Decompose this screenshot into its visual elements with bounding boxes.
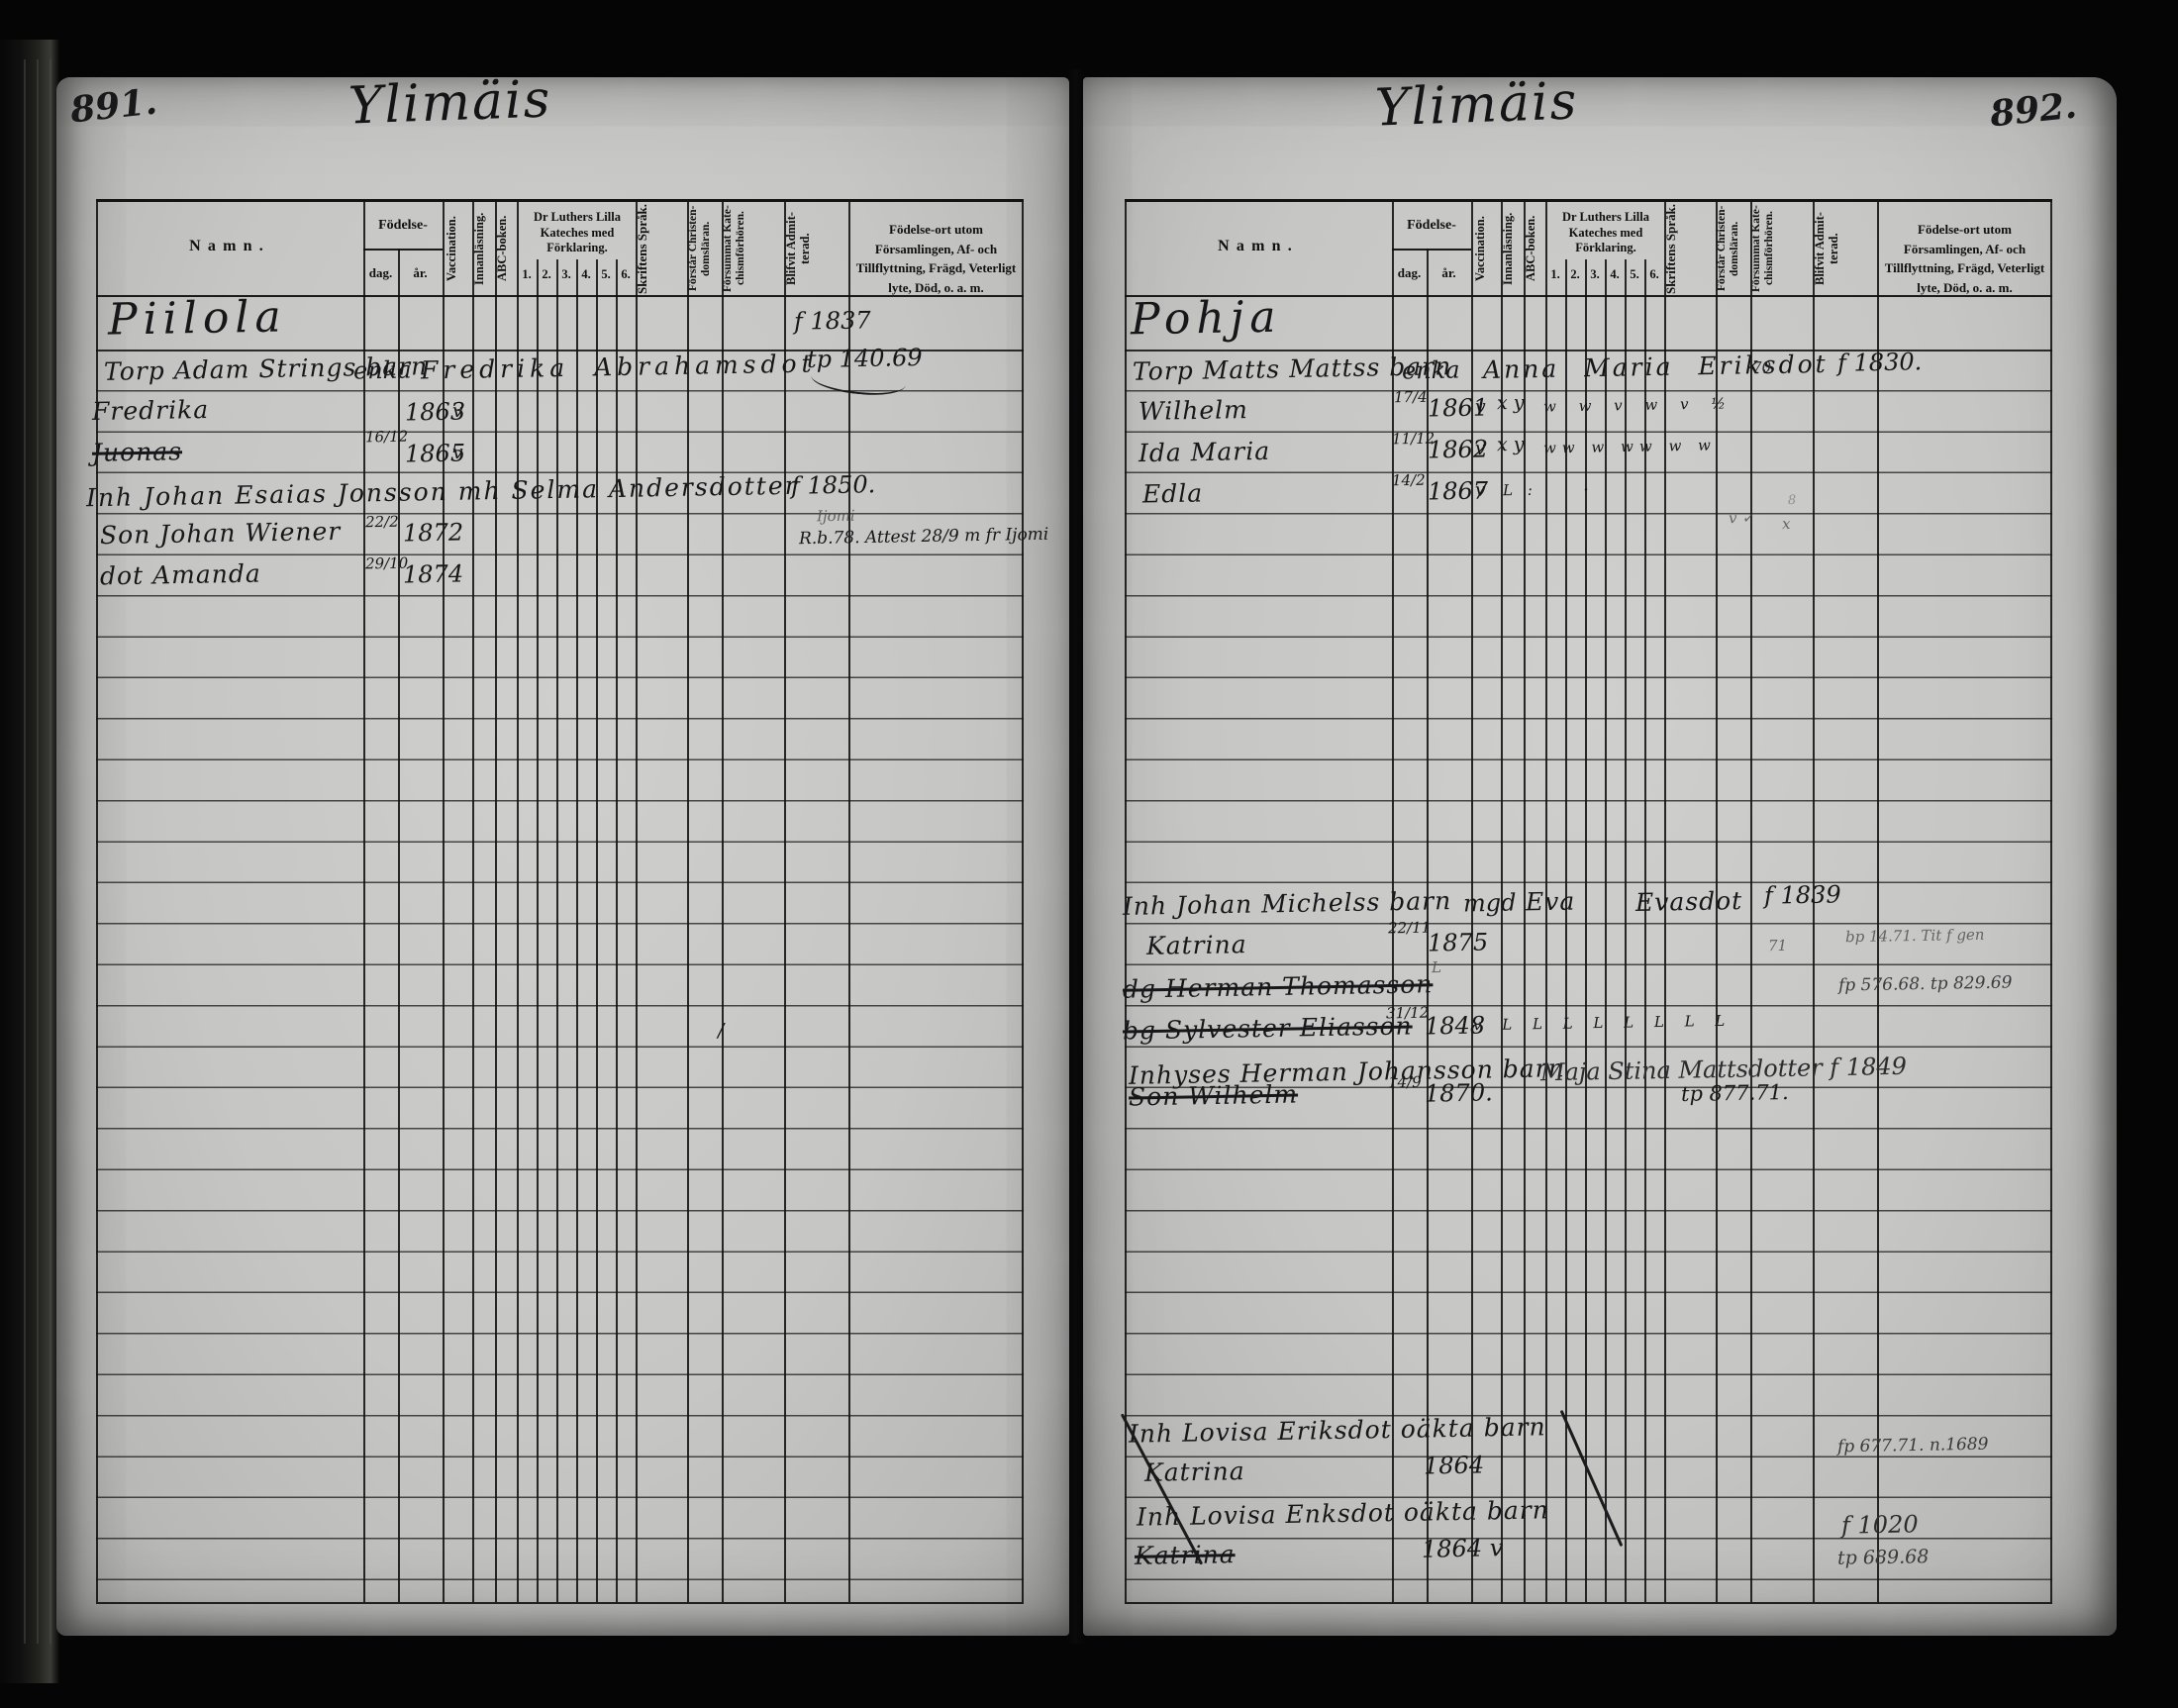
entry-name: Inh Johan Esaias Jonsson mh Selma Anders… <box>86 471 799 513</box>
note-born: f 1850. <box>791 470 876 499</box>
entry-name-struck: bg Sylvester Eliasson <box>1123 1011 1413 1045</box>
entry-birth-year: 1864 <box>1424 1451 1485 1479</box>
note-moved: tp 689.68 <box>1837 1546 1930 1569</box>
entry-name-struck: Katrina <box>1135 1540 1236 1570</box>
entry-name: Wilhelm <box>1138 395 1248 426</box>
entry-birth-day: 31/12 <box>1386 1004 1430 1023</box>
entry-name: Katrina <box>1144 1457 1245 1487</box>
note-born: f 1020 <box>1841 1510 1919 1539</box>
faint-marks: v ✓ <box>1729 509 1754 527</box>
entry-birth-day: 17/4 <box>1394 388 1428 407</box>
catechism-marks: v L L L L L L L L <box>1473 1012 1733 1035</box>
entry-birth-year: 1874 <box>403 559 464 588</box>
entry-birth-year: 1864 v <box>1422 1534 1504 1562</box>
reading-marks: L : <box>1503 481 1537 500</box>
entry-name: dot Amanda <box>100 559 261 591</box>
entry-birth-day: 14/9 <box>1388 1073 1422 1092</box>
note-annotation: bp 14.71. Tit f gen <box>1845 926 1985 946</box>
right-page-handwriting: Pohja Torp Matts Mattss barn enka Anna M… <box>1083 77 2117 1636</box>
entry-spouse: Fredrika Abrahamsdot <box>421 350 817 385</box>
entry-spouse: Eva <box>1526 887 1576 917</box>
entry-name-struck: Son Wilhelm <box>1129 1080 1299 1112</box>
vaccination-mark: v <box>1475 438 1486 459</box>
entry-name: Inh Johan Michelss barn <box>1123 886 1452 921</box>
entry-name: Fredrika <box>92 395 210 426</box>
catechism-marks: · <box>1583 479 1589 501</box>
entry-status: enka <box>1402 355 1460 384</box>
entry-status: enka <box>353 355 412 384</box>
entry-name: Inh Lovisa Enksdot oäkta barn <box>1137 1495 1549 1531</box>
entry-name: Son Johan Wiener <box>100 517 342 550</box>
entry-birth-year: 1875 <box>1428 928 1489 956</box>
entry-name: Ida Maria <box>1138 437 1271 467</box>
catechism-marks: w w v w v ½ <box>1543 394 1734 415</box>
note-annotation: fp 677.71. n.1689 <box>1837 1435 1989 1457</box>
note-born: f 1837 <box>794 306 871 335</box>
note-moved: fp 576.68. tp 829.69 <box>1838 972 2013 995</box>
vaccination-mark: v <box>1475 479 1486 501</box>
entry-birth-day: 22/11 <box>1388 919 1432 938</box>
entry-name: Edla <box>1142 478 1204 508</box>
right-page: 892. Ylimäis Namn. Födelse- dag. år. Vac… <box>1083 77 2117 1636</box>
entry-birth-day: 14/2 <box>1392 471 1426 490</box>
entry-birth-day: 16/12 <box>365 428 409 447</box>
entry-spouse: Anna Maria Eriksdot <box>1483 350 1829 384</box>
stray-mark: / <box>718 1020 725 1042</box>
entry-name: Inh Lovisa Eriksdot oäkta barn <box>1129 1412 1546 1448</box>
note-annotation-small: Ijomi <box>817 507 855 526</box>
vaccination-mark: v <box>1475 396 1486 418</box>
reading-marks: x y <box>1497 392 1525 414</box>
vaccination-mark: v <box>452 442 463 463</box>
note-attest: R.b.78. Attest 28/9 m fr Ijomi <box>799 525 1049 549</box>
entry-spouse: Evasdot <box>1635 886 1743 917</box>
entry-name: Katrina <box>1146 930 1247 960</box>
left-page-handwriting: Piilola Torp Adam Strings barn enka Fred… <box>56 77 1069 1636</box>
diagonal-strike <box>1560 1410 1624 1547</box>
village-name: Piilola <box>108 291 287 345</box>
note-born: f 1830. <box>1837 348 1923 376</box>
admitted-value: 70 <box>1752 358 1771 376</box>
faint-marks: 8 <box>1788 493 1797 508</box>
reading-marks: x y <box>1497 434 1525 455</box>
vaccination-mark: v <box>452 400 463 422</box>
left-page: 891. Ylimäis Namn. Födelse- dag. år. Vac… <box>56 77 1069 1636</box>
page-edge-streaks <box>18 59 57 1644</box>
entry-birth-year: 1872 <box>403 518 464 547</box>
village-name: Pohja <box>1131 292 1282 346</box>
note-born: f 1839 <box>1764 880 1841 909</box>
entry-birth-year: 1870. <box>1425 1078 1493 1107</box>
entry-name-struck: Juonas <box>92 437 183 467</box>
note-moved: tp 877.71. <box>1681 1080 1789 1106</box>
entry-birth-day: 22/2 <box>365 513 399 532</box>
faint-marks: x <box>1782 515 1791 533</box>
ledger-scan: 891. Ylimäis Namn. Födelse- dag. år. Vac… <box>0 0 2178 1708</box>
admitted-value: 71 <box>1768 937 1787 954</box>
faint-marks: L <box>1432 958 1441 976</box>
entry-status: mgd <box>1463 889 1517 918</box>
entry-name-struck: dg Herman Thomasson <box>1123 969 1434 1003</box>
catechism-marks: ww w ww w w <box>1543 436 1717 456</box>
